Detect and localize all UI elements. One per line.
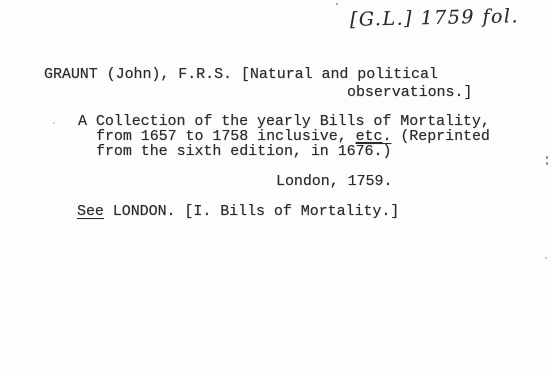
see-reference-line: See LONDON. [I. Bills of Mortality.] — [77, 204, 399, 219]
scan-speck — [546, 156, 548, 159]
heading-line-2: observations.] — [347, 85, 472, 100]
body-line-2: from 1657 to 1758 inclusive, etc. (Repri… — [96, 129, 490, 144]
body-line-3-post: ) — [382, 143, 391, 160]
see-underlined: See — [77, 203, 104, 220]
body-line-3-pre: from the sixth edition, in 16 — [96, 143, 356, 160]
scan-speck — [336, 3, 338, 5]
body-line-2-post: (Reprinted — [391, 128, 489, 145]
heading-line-1: GRAUNT (John), F.R.S. [Natural and polit… — [44, 67, 438, 82]
scan-speck — [545, 257, 547, 259]
shelfmark-annotation: [G.L.] 1759 fol. — [350, 5, 519, 31]
catalog-card: [G.L.] 1759 fol. GRAUNT (John), F.R.S. [… — [0, 0, 550, 374]
body-line-3: from the sixth edition, in 1676.) — [96, 144, 391, 159]
body-line-1: A Collection of the yearly Bills of Mort… — [78, 114, 490, 129]
scan-speck — [53, 122, 55, 124]
imprint-line: London, 1759. — [276, 174, 392, 189]
scan-speck — [546, 162, 548, 165]
year-overlined: 76. — [356, 143, 383, 160]
see-reference-rest: LONDON. [I. Bills of Mortality.] — [104, 203, 399, 220]
